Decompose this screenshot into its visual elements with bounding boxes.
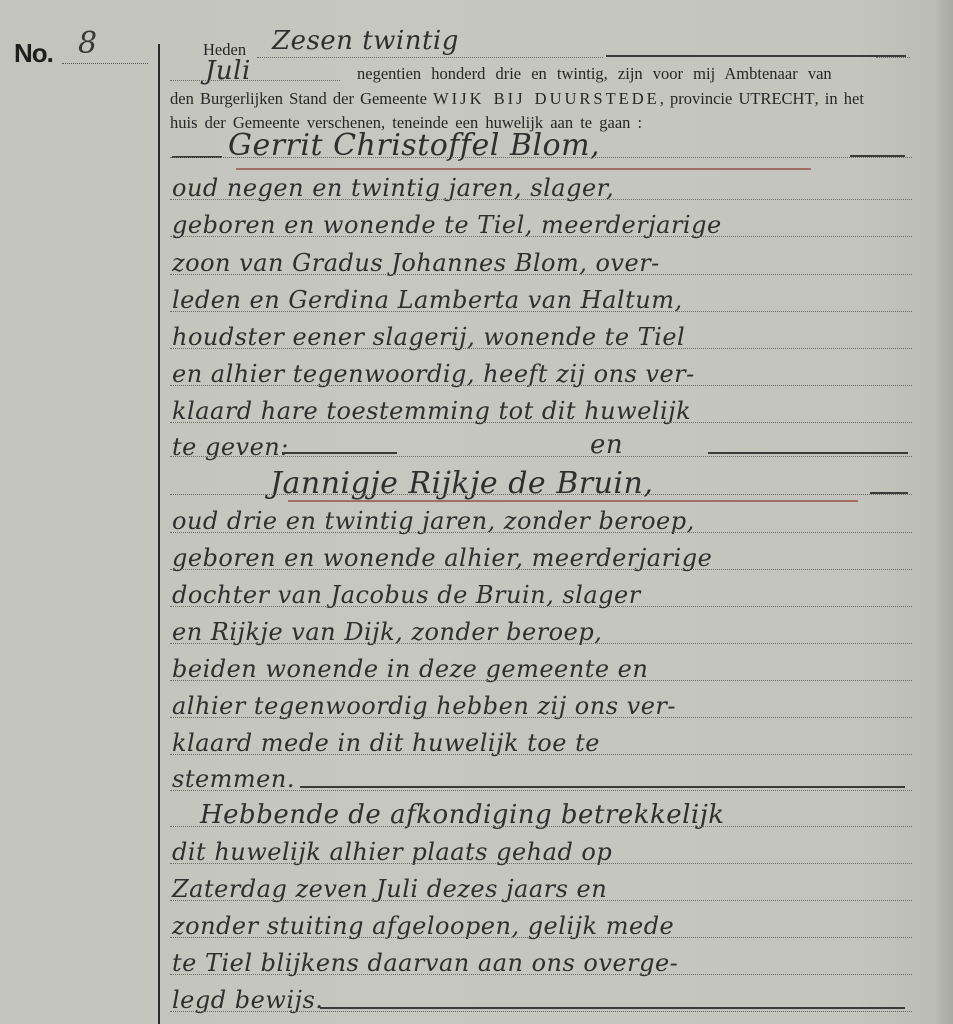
register-page: No. 8 Heden Zesen twintig Juli negentien… [0, 0, 953, 1024]
dotted-rule [170, 717, 912, 718]
bride-name: Jannigje Rijkje de Bruin, [270, 466, 653, 501]
groom-line-7: klaard hare toestemming tot dit huwelijk [172, 397, 691, 425]
record-number-label: No. [14, 38, 53, 69]
dotted-rule [170, 422, 912, 423]
printed-line2: den Burgerlijken Stand der Gemeente WIJK… [170, 89, 864, 109]
groom-line-2: geboren en wonende te Tiel, meerderjarig… [172, 211, 722, 239]
bride-line-6: alhier tegenwoordig hebben zij ons ver- [172, 692, 676, 720]
dotted-rule [170, 680, 912, 681]
day-dotted-line [257, 57, 603, 58]
bride-line-2: geboren en wonende alhier, meerderjarige [172, 544, 712, 572]
record-number-value: 8 [78, 26, 97, 61]
day-fill-line [606, 55, 906, 57]
groom-name-dotted-line [170, 157, 912, 158]
province: UTRECHT [738, 89, 814, 108]
dotted-rule [170, 348, 912, 349]
dotted-rule [170, 790, 912, 791]
dotted-rule [170, 643, 912, 644]
bride-line-4: en Rijkje van Dijk, zonder beroep, [172, 618, 602, 646]
dotted-rule [170, 385, 912, 386]
bride-line-8: stemmen. [172, 765, 295, 793]
dotted-rule [170, 974, 912, 975]
printed-line2-b: , provincie [660, 89, 733, 108]
printed-line2-c: , in het [815, 89, 864, 108]
fill-line [320, 1007, 905, 1009]
groom-line-6: en alhier tegenwoordig, heeft zij ons ve… [172, 360, 695, 388]
dotted-rule [170, 532, 912, 533]
dotted-rule [170, 826, 912, 827]
fill-line [282, 452, 397, 454]
bride-line-1: oud drie en twintig jaren, zonder beroep… [172, 507, 695, 535]
record-number-dotted-line [62, 63, 148, 64]
groom-line-4: leden en Gerdina Lamberta van Haltum, [172, 286, 683, 314]
dotted-rule [170, 456, 912, 457]
closing-line-4: zonder stuiting afgeloopen, gelijk mede [172, 912, 674, 940]
page-edge-shadow [935, 0, 953, 1024]
closing-line-3: Zaterdag zeven Juli dezes jaars en [172, 875, 607, 903]
day-dotted-line-end [876, 57, 910, 58]
groom-trailer-line [850, 155, 905, 157]
handwritten-day: Zesen twintig [272, 26, 459, 56]
closing-line-2: dit huwelijk alhier plaats gehad op [172, 838, 612, 866]
dotted-rule [170, 606, 912, 607]
dotted-rule [170, 754, 912, 755]
margin-rule [158, 44, 160, 1024]
dotted-rule [170, 863, 912, 864]
groom-line-3: zoon van Gradus Johannes Blom, over- [172, 249, 660, 277]
dotted-rule [170, 236, 912, 237]
printed-line1: negentien honderd drie en twintig, zijn … [357, 64, 832, 84]
handwritten-month: Juli [205, 56, 251, 86]
fill-line [708, 452, 908, 454]
groom-red-underline [236, 168, 811, 170]
dotted-rule [170, 937, 912, 938]
groom-line-1: oud negen en twintig jaren, slager, [172, 174, 614, 202]
dotted-rule [170, 569, 912, 570]
fill-line [300, 786, 905, 788]
dotted-rule [170, 311, 912, 312]
dotted-rule [170, 274, 912, 275]
bride-trailer-line [870, 492, 908, 494]
groom-line-5: houdster eener slagerij, wonende te Tiel [172, 323, 685, 351]
dotted-rule [170, 900, 912, 901]
dotted-rule [170, 1011, 912, 1012]
dotted-rule [170, 199, 912, 200]
bride-line-3: dochter van Jacobus de Bruin, slager [172, 581, 641, 609]
bride-line-7: klaard mede in dit huwelijk toe te [172, 729, 600, 757]
bride-line-5: beiden wonende in deze gemeente en [172, 655, 648, 683]
closing-line-5: te Tiel blijkens daarvan aan ons overge- [172, 949, 678, 977]
month-dotted-line [170, 80, 340, 81]
bride-red-underline [288, 500, 858, 502]
municipality: WIJK BIJ DUURSTEDE [433, 89, 660, 108]
printed-line2-a: den Burgerlijken Stand der Gemeente [170, 89, 427, 108]
closing-line-6: legd bewijs. [172, 986, 323, 1014]
bride-name-dotted-line [170, 494, 912, 495]
